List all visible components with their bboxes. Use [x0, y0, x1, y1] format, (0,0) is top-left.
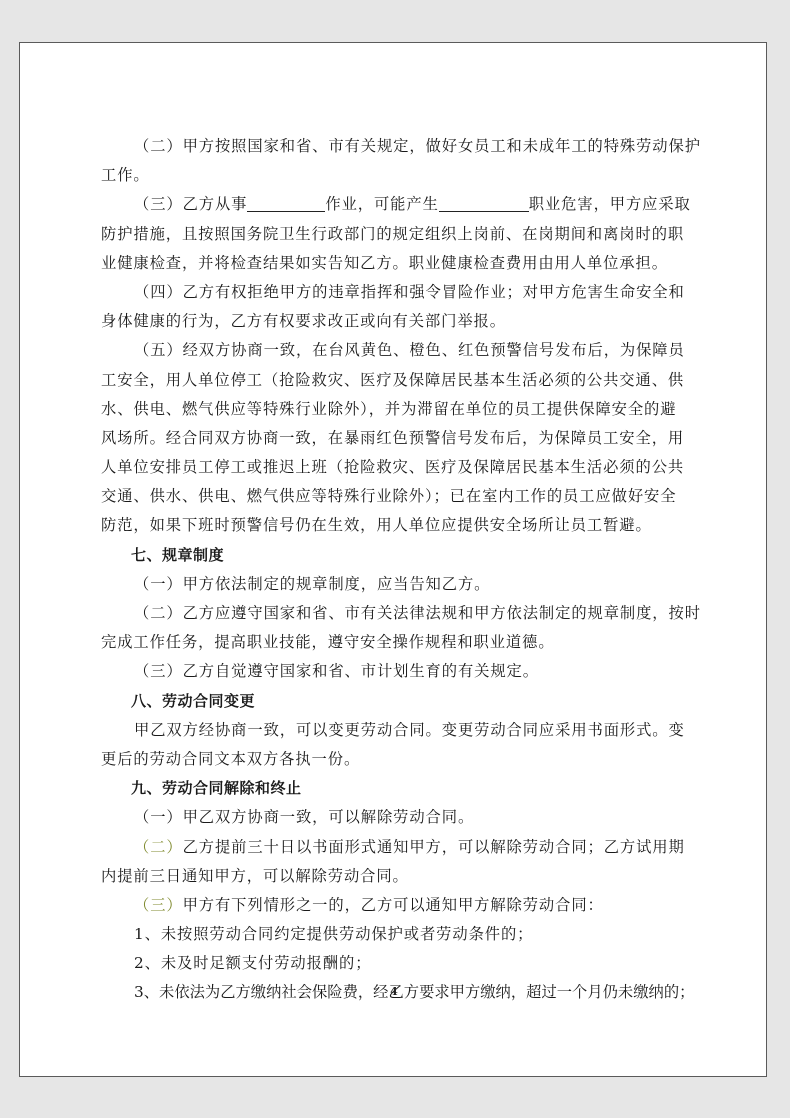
highlighted-item-marker: （三） — [134, 896, 183, 914]
document-page: （二）甲方按照国家和省、市有关规定，做好女员工和未成年工的特殊劳动保护 工作。 … — [19, 42, 767, 1077]
line-segment: 作业，可能产生 — [325, 195, 438, 213]
page-number: 4 — [20, 985, 768, 998]
section-heading-rules: 七、规章制度 — [101, 541, 711, 570]
line-segment: 职业危害，甲方应采取 — [529, 195, 691, 213]
list-item: 2、未及时足额支付劳动报酬的； — [101, 949, 711, 978]
paragraph-line: （一）甲乙双方协商一致，可以解除劳动合同。 — [101, 803, 711, 832]
section-heading-contract-change: 八、劳动合同变更 — [101, 687, 711, 716]
page-content: （二）甲方按照国家和省、市有关规定，做好女员工和未成年工的特殊劳动保护 工作。 … — [101, 132, 711, 1008]
paragraph-line: 风场所。经合同双方协商一致，在暴雨红色预警信号发布后，为保障员工安全，用 — [101, 424, 711, 453]
paragraph-line-with-blanks: （三）乙方从事作业，可能产生职业危害，甲方应采取 — [101, 190, 711, 219]
paragraph-line: 防护措施，且按照国务院卫生行政部门的规定组织上岗前、在岗期间和离岗时的职 — [101, 220, 711, 249]
paragraph-line: 工作。 — [101, 161, 711, 190]
paragraph-line: 人单位安排员工停工或推迟上班（抢险救灾、医疗及保障居民基本生活必须的公共 — [101, 453, 711, 482]
fill-in-blank-occupation[interactable] — [247, 195, 325, 212]
highlighted-item-marker: （二） — [134, 838, 183, 856]
paragraph-line: 防范，如果下班时预警信号仍在生效，用人单位应提供安全场所让员工暂避。 — [101, 511, 711, 540]
paragraph-line: （二）甲方按照国家和省、市有关规定，做好女员工和未成年工的特殊劳动保护 — [101, 132, 711, 161]
paragraph-line: （五）经双方协商一致，在台风黄色、橙色、红色预警信号发布后，为保障员 — [101, 336, 711, 365]
paragraph-line: 完成工作任务，提高职业技能，遵守安全操作规程和职业道德。 — [101, 628, 711, 657]
paragraph-line: 身体健康的行为，乙方有权要求改正或向有关部门举报。 — [101, 307, 711, 336]
line-segment: 乙方提前三十日以书面形式通知甲方，可以解除劳动合同；乙方试用期 — [183, 838, 685, 856]
paragraph-line: （二）乙方提前三十日以书面形式通知甲方，可以解除劳动合同；乙方试用期 — [101, 833, 711, 862]
paragraph-line: （三）乙方自觉遵守国家和省、市计划生育的有关规定。 — [101, 657, 711, 686]
fill-in-blank-hazard[interactable] — [439, 195, 529, 212]
section-heading-contract-termination: 九、劳动合同解除和终止 — [101, 774, 711, 803]
paragraph-line: 业健康检查，并将检查结果如实告知乙方。职业健康检查费用由用人单位承担。 — [101, 249, 711, 278]
paragraph-line: 内提前三日通知甲方，可以解除劳动合同。 — [101, 862, 711, 891]
paragraph-line: 更后的劳动合同文本双方各执一份。 — [101, 745, 711, 774]
paragraph-line: 工安全，用人单位停工（抢险救灾、医疗及保障居民基本生活必须的公共交通、供 — [101, 366, 711, 395]
list-item: 1、未按照劳动合同约定提供劳动保护或者劳动条件的； — [101, 920, 711, 949]
paragraph-line: 甲乙双方经协商一致，可以变更劳动合同。变更劳动合同应采用书面形式。变 — [101, 716, 711, 745]
paragraph-line: （二）乙方应遵守国家和省、市有关法律法规和甲方依法制定的规章制度，按时 — [101, 599, 711, 628]
paragraph-line: （四）乙方有权拒绝甲方的违章指挥和强令冒险作业；对甲方危害生命安全和 — [101, 278, 711, 307]
paragraph-line: 水、供电、燃气供应等特殊行业除外），并为滞留在单位的员工提供保障安全的避 — [101, 395, 711, 424]
line-segment: （三）乙方从事 — [134, 195, 247, 213]
paragraph-line: （三）甲方有下列情形之一的，乙方可以通知甲方解除劳动合同： — [101, 891, 711, 920]
paragraph-line: （一）甲方依法制定的规章制度，应当告知乙方。 — [101, 570, 711, 599]
line-segment: 甲方有下列情形之一的，乙方可以通知甲方解除劳动合同： — [183, 896, 604, 914]
paragraph-line: 交通、供水、供电、燃气供应等特殊行业除外）；已在室内工作的员工应做好安全 — [101, 482, 711, 511]
